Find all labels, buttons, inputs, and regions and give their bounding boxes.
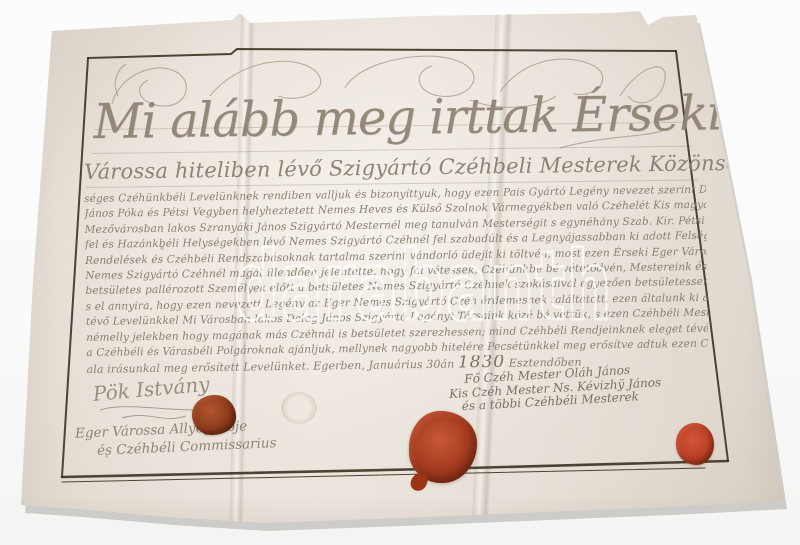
wax-seal-right	[676, 423, 714, 465]
faded-seal-stain	[281, 392, 317, 424]
foxing-spot	[105, 455, 108, 458]
heading-subline: Várossa hiteliben lévő Szigyártó Czéhbel…	[84, 151, 746, 184]
auction-photo: Mi alább meg irttak Érseki Eger Várossa …	[0, 0, 800, 545]
foxing-spot	[585, 95, 588, 98]
certificate-paper: Mi alább meg irttak Érseki Eger Várossa …	[0, 0, 800, 545]
wax-seal-left	[192, 395, 236, 435]
foxing-spot	[160, 246, 164, 250]
darabanth-watermark: darabanth	[234, 232, 613, 342]
wax-seal-center	[409, 411, 477, 483]
heading-calligraphy: Mi alább meg irttak Érseki Eger	[93, 83, 800, 150]
dateline-text: ala irásunkal meg erősített Levelünket. …	[87, 358, 458, 377]
